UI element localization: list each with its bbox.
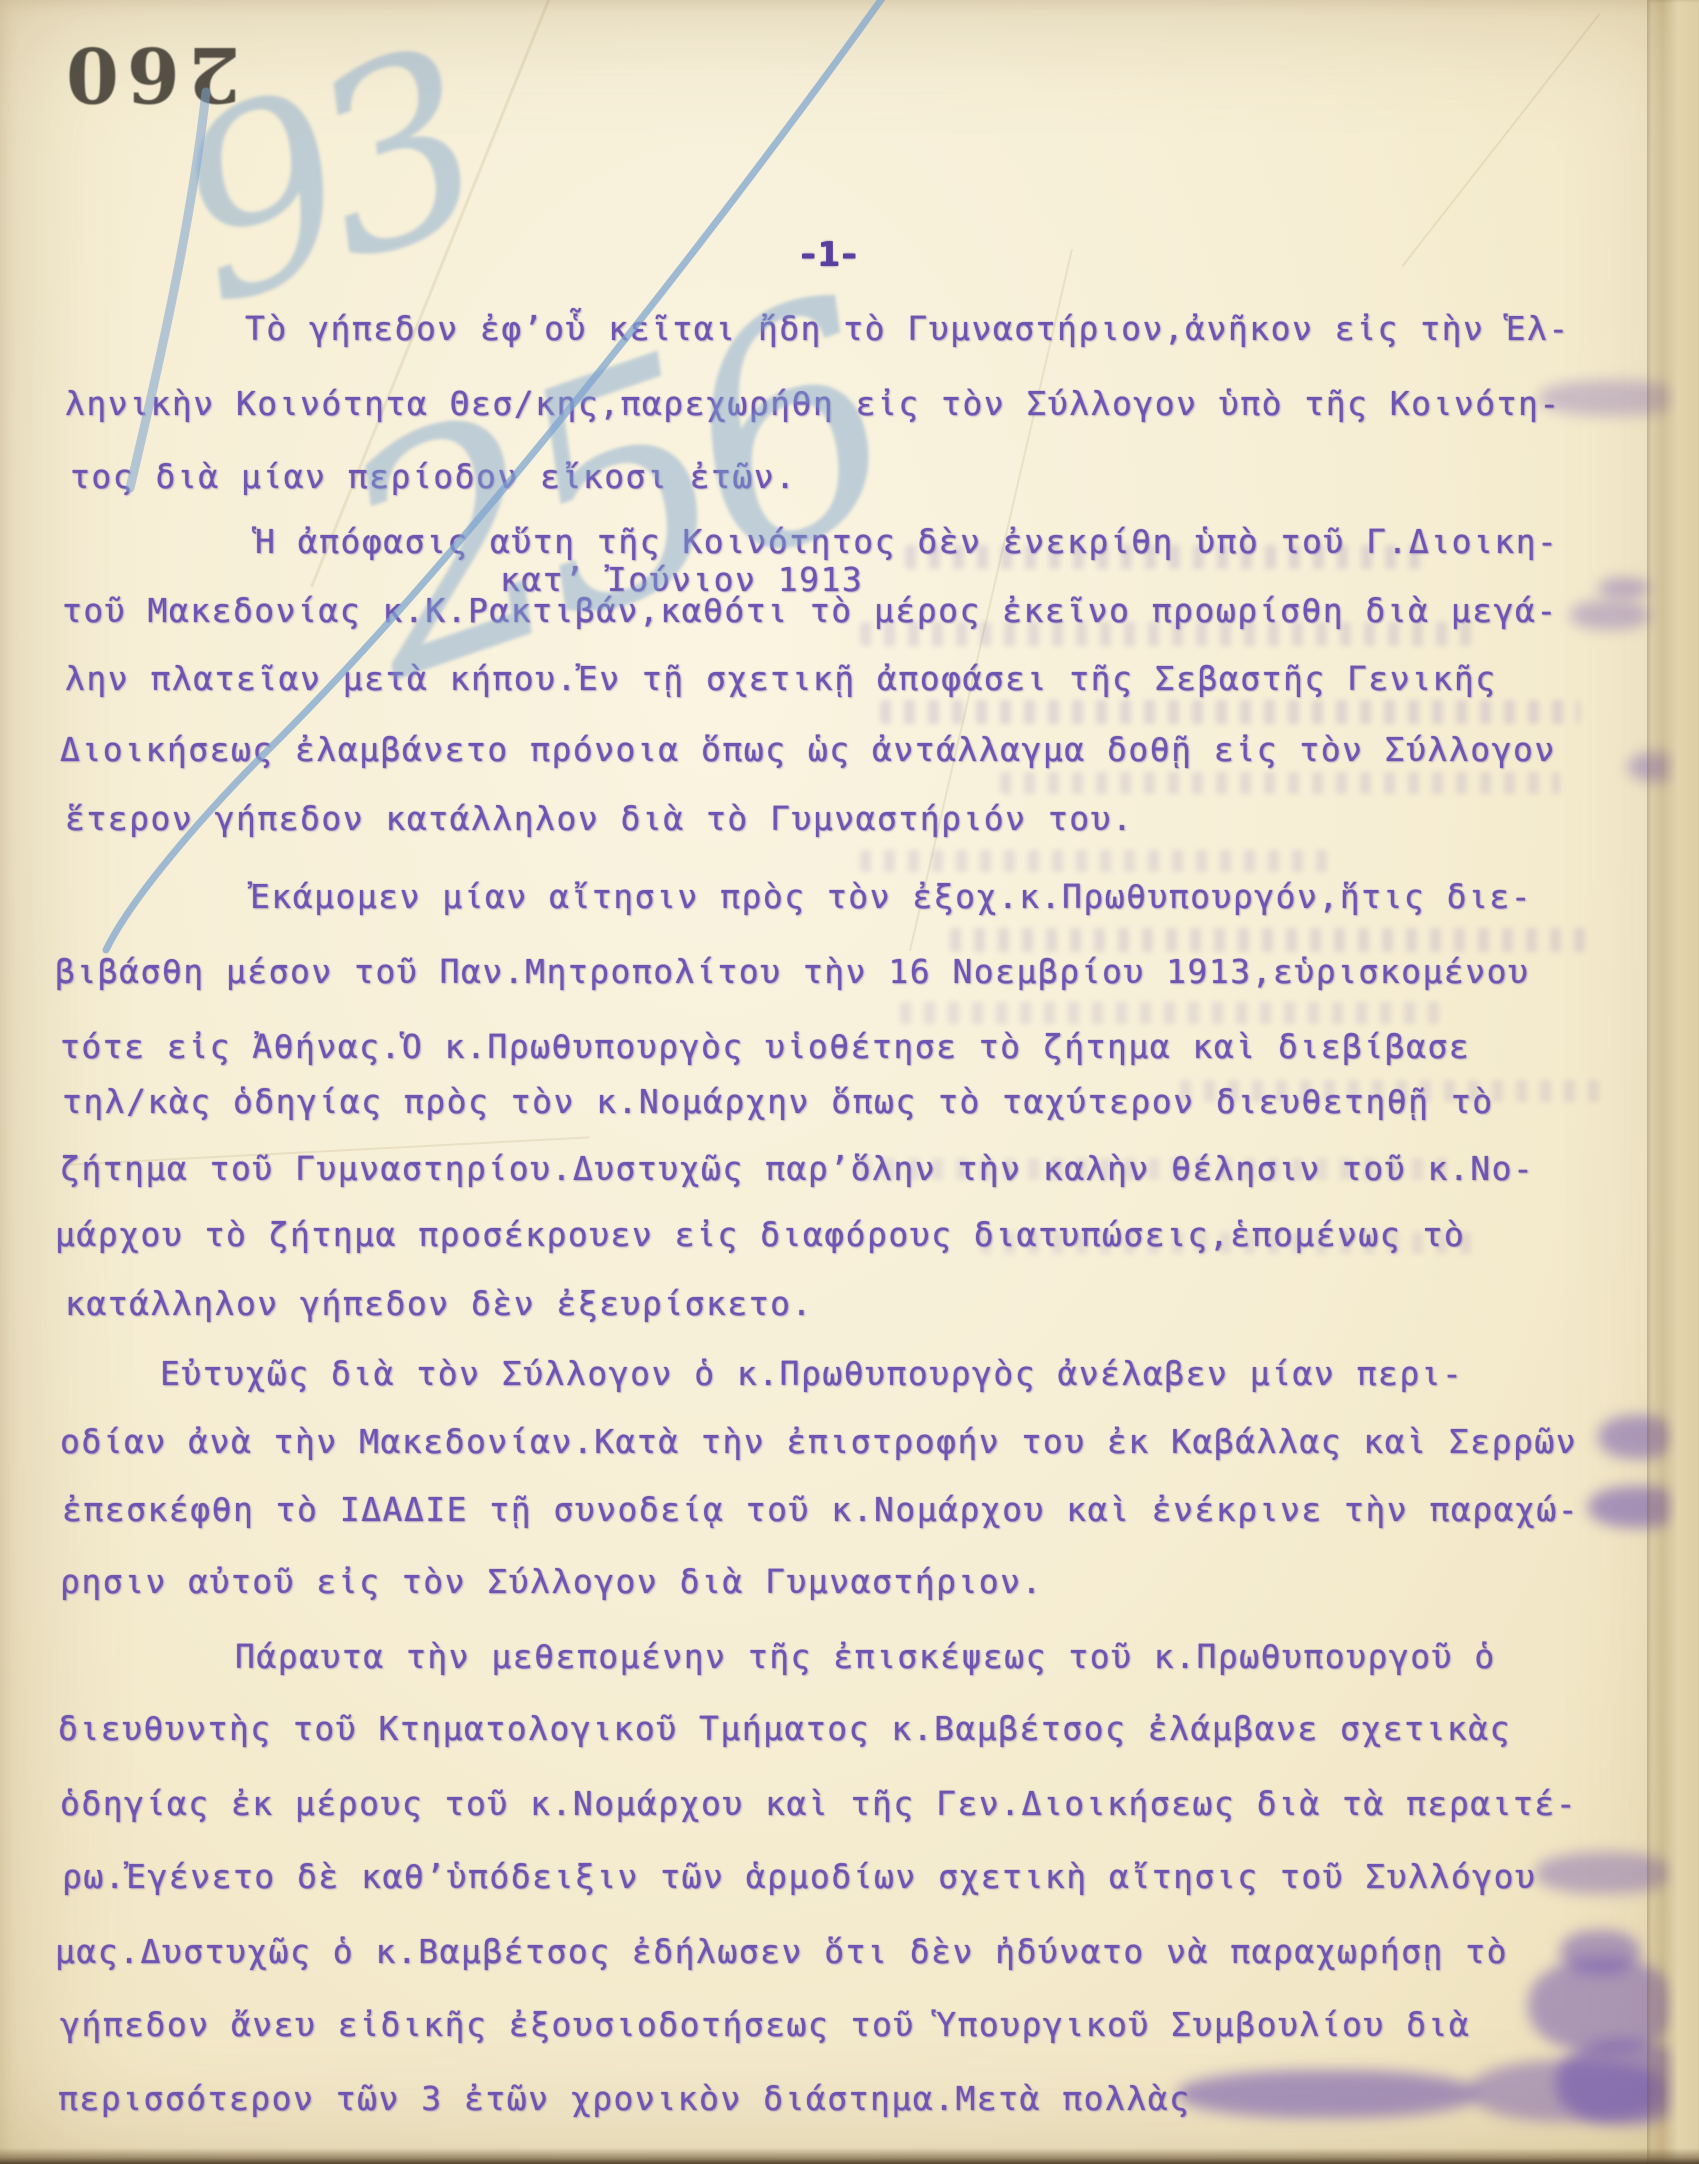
paper-crease (310, 0, 553, 587)
typed-text-line: Εὐτυχῶς διὰ τὸν Σύλλογον ὁ κ.Πρωθυπουργὸ… (160, 1357, 1463, 1391)
ink-smudge (1598, 578, 1650, 598)
document-page: 260 -1- Τὸ γήπεδον ἐφ’οὗ κεῖται ἤδη τὸ Γ… (0, 0, 1699, 2164)
ghost-text-strip (1000, 772, 1560, 794)
paper-crease (1402, 13, 1601, 266)
typed-text-line: τος διὰ μίαν περίοδον εἴκοσι ἐτῶν. (70, 460, 797, 494)
page-edge-bottom (0, 2148, 1699, 2164)
typed-text-line: ὁδηγίας ἐκ μέρους τοῦ κ.Νομάρχου καὶ τῆς… (60, 1787, 1577, 1821)
typed-text-line: διευθυντὴς τοῦ Κτηματολογικοῦ Τμήματος κ… (58, 1712, 1511, 1746)
typed-text-line: τότε εἰς Ἀθήνας.Ὁ κ.Πρωθυπουργὸς υἱοθέτη… (60, 1030, 1470, 1064)
ghost-text-strip (880, 700, 1580, 724)
page-edge-right (1647, 0, 1699, 2164)
typed-text-line: μάρχου τὸ ζήτημα προσέκρουεν εἰς διαφόρο… (55, 1218, 1465, 1252)
ink-smudge (1570, 600, 1650, 630)
ghost-text-strip (860, 850, 1340, 872)
typed-text-line: Ἐκάμομεν μίαν αἴτησιν πρὸς τὸν ἐξοχ.κ.Πρ… (250, 880, 1532, 914)
typed-text-line: τηλ/κὰς ὁδηγίας πρὸς τὸν κ.Νομάρχην ὅπως… (62, 1085, 1494, 1119)
typed-text-line: γήπεδον ἄνευ εἰδικῆς ἐξουσιοδοτήσεως τοῦ… (60, 2008, 1470, 2042)
typed-text-line: ζήτημα τοῦ Γυμναστηρίου.Δυστυχῶς παρ’ὅλη… (60, 1152, 1534, 1186)
ink-smudge (1470, 2060, 1670, 2122)
typed-text-line: Ἡ ἀπόφασις αὕτη τῆς Κοινότητος δὲν ἐνεκρ… (255, 525, 1558, 559)
page-number: -1- (798, 238, 859, 272)
typed-text-line: οδίαν ἀνὰ τὴν Μακεδονίαν.Κατὰ τὴν ἐπιστρ… (60, 1425, 1577, 1459)
typed-text-line: ληνικὴν Κοινότητα Θεσ/κης,παρεχωρήθη εἰς… (65, 387, 1561, 421)
typed-text-line: ἐπεσκέφθη τὸ ΙΔΑΔΙΕ τῇ συνοδείᾳ τοῦ κ.Νο… (62, 1493, 1579, 1527)
ink-smudge (1178, 2070, 1478, 2118)
typed-text-line: ἕτερον γήπεδον κατάλληλον διὰ τὸ Γυμναστ… (65, 802, 1133, 836)
typed-text-line: λην πλατεῖαν μετὰ κήπου.Ἐν τῇ σχετικῇ ἀπ… (65, 662, 1497, 696)
typed-text-line: Πάραυτα τὴν μεθεπομένην τῆς ἐπισκέψεως τ… (235, 1640, 1496, 1674)
ghost-text-strip (950, 928, 1590, 952)
pencil-stroke (130, 92, 206, 488)
archive-stamp-number: 260 (58, 34, 241, 114)
typed-text-line: τοῦ Μακεδονίας κ.Κ.Ρακτιβάν,καθότι τὸ μέ… (62, 594, 1558, 628)
typed-text-line: Διοικήσεως ἐλαμβάνετο πρόνοια ὅπως ὡς ἀν… (60, 733, 1556, 767)
typed-text-line: ρησιν αὐτοῦ εἰς τὸν Σύλλογον διὰ Γυμναστ… (60, 1565, 1043, 1599)
typed-text-line: κατάλληλον γήπεδον δὲν ἐξευρίσκετο. (65, 1287, 813, 1321)
typed-text-line: περισσότερον τῶν 3 ἐτῶν χρονικὸν διάστημ… (58, 2082, 1191, 2116)
typed-text-line: μας.Δυστυχῶς ὁ κ.Βαμβέτσος ἐδήλωσεν ὅτι … (55, 1935, 1508, 1969)
typed-text-line: ρω.Ἐγένετο δὲ καθ’ὑπόδειξιν τῶν ἁρμοδίων… (62, 1860, 1536, 1894)
ghost-text-strip (900, 1002, 1440, 1024)
typed-text-line: Τὸ γήπεδον ἐφ’οὗ κεῖται ἤδη τὸ Γυμναστήρ… (245, 312, 1570, 346)
typed-text-line: βιβάσθη μέσον τοῦ Παν.Μητροπολίτου τὴν 1… (55, 955, 1529, 989)
